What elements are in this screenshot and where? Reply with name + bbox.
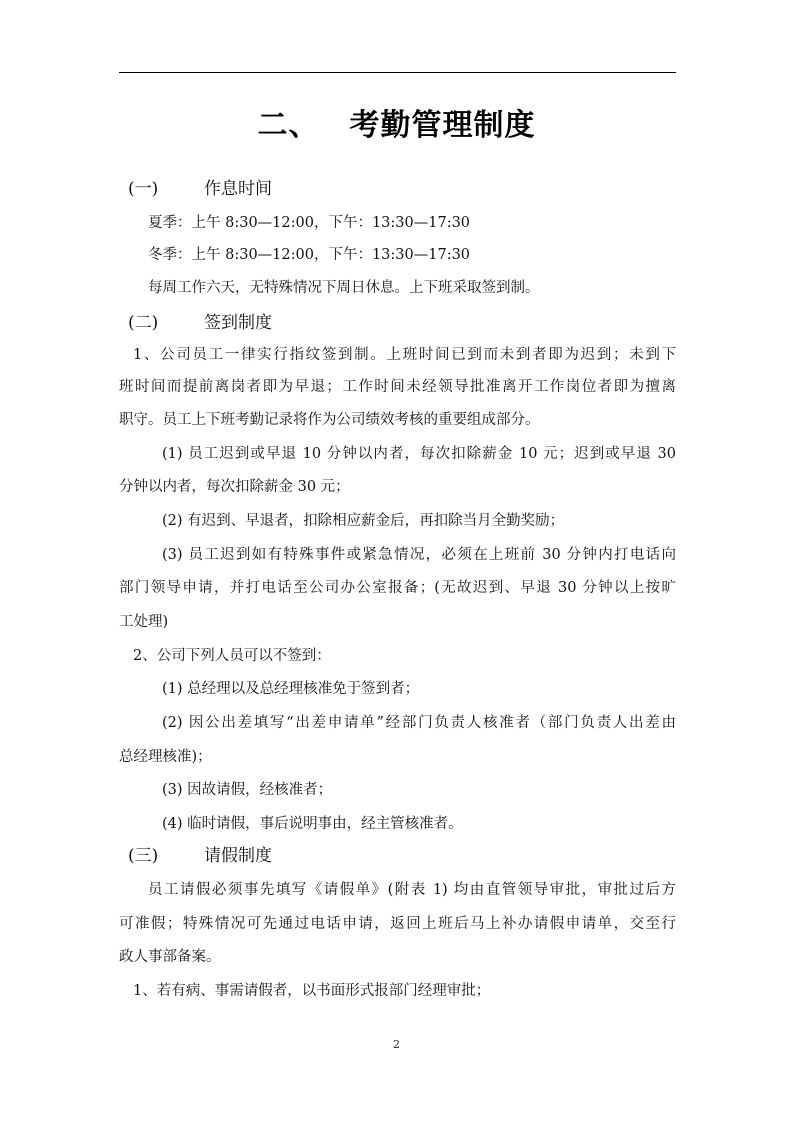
section-number: (二) [128,312,204,334]
paragraph-line: 1、公司员工一律实行指纹签到制。上班时间已到而未到者即为迟到；未到下 [119,345,676,365]
section-title: 作息时间 [204,179,272,199]
paragraph-line: (3) 员工迟到如有特殊事件或紧急情况，必须在上班前 30 分钟内打电话向 [119,545,676,565]
paragraph-line: (3) 因故请假，经核准者； [119,780,719,800]
paragraph-line: 员工请假必须事先填写《请假单》(附表 1) 均由直管领导审批，审批过后方 [119,880,676,900]
section-number: (三) [128,845,204,867]
paragraph-line: 部门领导申请，并打电话至公司办公室报备；(无故迟到、早退 30 分钟以上按旷 [119,578,676,598]
document-page: 二、考勤管理制度 (一)作息时间 夏季：上午 8:30—12:00，下午：13:… [0,0,793,1122]
section-title: 请假制度 [204,846,272,866]
paragraph-line: 每周工作六天，无特殊情况下周日休息。上下班采取签到制。 [119,278,705,298]
paragraph-line: 总经理核准)； [119,747,676,767]
section-heading-leave: (三)请假制度 [128,845,272,867]
page-title: 二、考勤管理制度 [0,100,793,144]
section-heading-sign-in: (二)签到制度 [128,312,272,334]
page-number: 2 [0,1038,793,1051]
section-title: 签到制度 [204,313,272,333]
paragraph-line: 班时间而提前离岗者即为早退；工作时间未经领导批准离开工作岗位者即为擅离 [119,377,676,397]
paragraph-line: 夏季：上午 8:30—12:00，下午：13:30—17:30 [119,213,705,233]
paragraph-line: 分钟以内者，每次扣除薪金 30 元； [119,477,676,497]
paragraph-line: (2) 因公出差填写“出差申请单”经部门负责人核准者（部门负责人出差由 [119,713,676,733]
header-rule [119,72,676,73]
title-text: 考勤管理制度 [350,108,536,143]
section-heading-schedule: (一)作息时间 [128,178,272,200]
paragraph-line: (1) 总经理以及总经理核准免于签到者； [119,679,719,699]
paragraph-line: (2) 有迟到、早退者，扣除相应薪金后，再扣除当月全勤奖励； [119,511,719,531]
paragraph-line: 1、若有病、事需请假者，以书面形式报部门经理审批； [119,981,690,1001]
paragraph-line: (4) 临时请假，事后说明事由，经主管核准者。 [119,814,719,834]
paragraph-line: (1) 员工迟到或早退 10 分钟以内者，每次扣除薪金 10 元；迟到或早退 3… [119,444,676,464]
paragraph-line: 职守。员工上下班考勤记录将作为公司绩效考核的重要组成部分。 [119,410,676,430]
paragraph-line: 工处理) [119,612,676,632]
paragraph-line: 2、公司下列人员可以不签到： [119,646,690,666]
title-number: 二、 [258,108,320,143]
paragraph-line: 冬季：上午 8:30—12:00，下午：13:30—17:30 [119,245,705,265]
paragraph-line: 政人事部备案。 [119,947,676,967]
paragraph-line: 可准假；特殊情况可先通过电话申请，返回上班后马上补办请假申请单，交至行 [119,914,676,934]
section-number: (一) [128,178,204,200]
